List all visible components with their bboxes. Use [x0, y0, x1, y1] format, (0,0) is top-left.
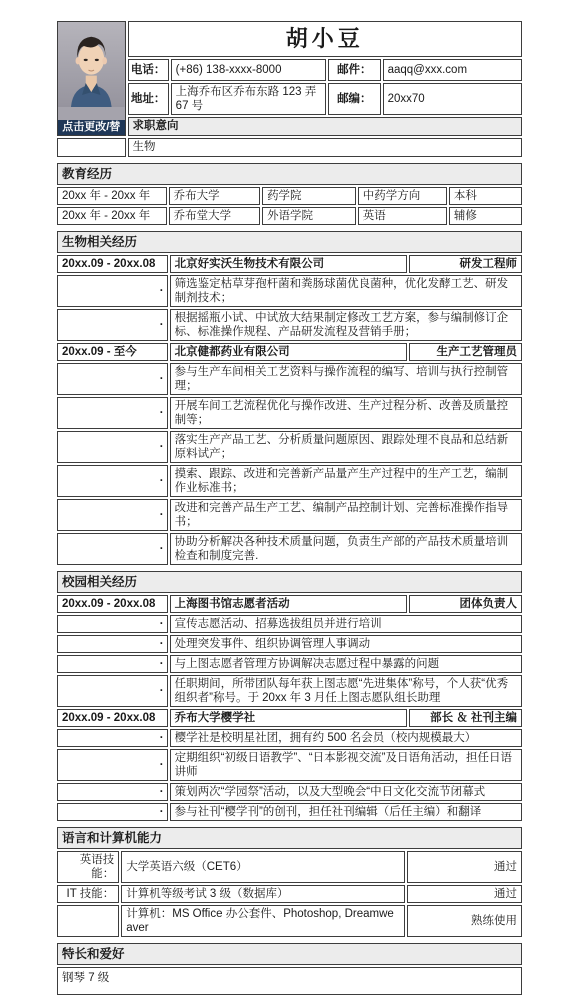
skill-label: IT 技能：: [57, 885, 119, 903]
exp-bullet: 参与生产车间相关工艺资料与操作流程的编写、培训与执行控制管理；: [170, 363, 522, 395]
bullet-marker: ·: [57, 465, 168, 497]
address-label: 地址：: [128, 83, 169, 115]
table-row: · 参与社刊“樱学刊”的创刊，担任社刊编辑（后任主编）和翻译: [57, 803, 522, 821]
bullet-marker: ·: [57, 363, 168, 395]
edu-degree: 辅修: [449, 207, 522, 225]
edu-degree: 本科: [449, 187, 522, 205]
exp-role: 生产工艺管理员: [409, 343, 522, 361]
edu-major: 英语: [358, 207, 447, 225]
email-value: aaqq@xxx.com: [383, 59, 522, 81]
table-row: 20xx 年 - 20xx 年 乔布堂大学 外语学院 英语 辅修: [57, 207, 522, 225]
bio-experience-header: 生物相关经历: [57, 231, 522, 253]
resume-page: 点击更改/替换 胡小豆 电话： (+86) 138-xxxx-8000 邮件： …: [55, 19, 524, 999]
exp-role: 团体负责人: [409, 595, 522, 613]
exp-period: 20xx.09 - 20xx.08: [57, 709, 168, 727]
table-row: 地址： 上海乔布区乔布东路 123 弄 67 号 邮编： 20xx70: [57, 83, 522, 115]
identity-table: 点击更改/替换 胡小豆 电话： (+86) 138-xxxx-8000 邮件： …: [55, 19, 524, 159]
table-row: 特长和爱好: [57, 943, 522, 965]
table-row: · 筛选鉴定枯草芽孢杆菌和粪肠球菌优良菌种，优化发酵工艺、研发制剂技术；: [57, 275, 522, 307]
table-row: 英语技能： 大学英语六级（CET6） 通过: [57, 851, 522, 883]
postal-label: 邮编：: [328, 83, 381, 115]
table-row: 点击更改/替换 胡小豆: [57, 21, 522, 57]
education-header: 教育经历: [57, 163, 522, 185]
hobbies-header: 特长和爱好: [57, 943, 522, 965]
exp-period: 20xx.09 - 20xx.08: [57, 255, 168, 273]
bullet-marker: ·: [57, 635, 168, 653]
exp-bullet: 改进和完善产品生产工艺、编制产品控制计划、完善标准操作指导书；: [170, 499, 522, 531]
table-row: · 摸索、跟踪、改进和完善新产品量产生产过程中的生产工艺，编制作业标准书；: [57, 465, 522, 497]
exp-role: 研发工程师: [409, 255, 522, 273]
exp-bullet: 定期组织“初级日语教学”、“日本影视交流”及日语角活动，担任日语讲师: [170, 749, 522, 781]
exp-bullet: 协助分析解决各种技术质量问题，负责生产部的产品技术质量培训检查和制度完善.: [170, 533, 522, 565]
exp-bullet: 与上图志愿者管理方协调解决志愿过程中暴露的问题: [170, 655, 522, 673]
photo-cell: 点击更改/替换: [57, 21, 126, 136]
table-row: 计算机：MS Office 办公套件、Photoshop, Dreamweave…: [57, 905, 522, 937]
hobbies-section: 特长和爱好 钢琴 7 级: [55, 941, 524, 997]
phone-value: (+86) 138-xxxx-8000: [171, 59, 326, 81]
bullet-marker: ·: [57, 431, 168, 463]
exp-period: 20xx.09 - 至今: [57, 343, 168, 361]
exp-bullet: 落实生产产品工艺、分析质量问题原因、跟踪处理不良品和总结新原料试产；: [170, 431, 522, 463]
table-row: 求职意向: [57, 117, 522, 136]
table-row: 20xx.09 - 20xx.08 北京好实沃生物技术有限公司 研发工程师: [57, 255, 522, 273]
bullet-marker: ·: [57, 275, 168, 307]
phone-label: 电话：: [128, 59, 169, 81]
table-row: 语言和计算机能力: [57, 827, 522, 849]
exp-org: 乔布大学樱学社: [170, 709, 407, 727]
exp-bullet: 参与社刊“樱学刊”的创刊，担任社刊编辑（后任主编）和翻译: [170, 803, 522, 821]
edu-college: 药学院: [262, 187, 356, 205]
job-intention-value: 生物: [128, 138, 522, 157]
skill-label: [57, 905, 119, 937]
table-row: 钢琴 7 级: [57, 967, 522, 995]
table-row: · 参与生产车间相关工艺资料与操作流程的编写、培训与执行控制管理；: [57, 363, 522, 395]
exp-bullet: 宣传志愿活动、招募选拔组员并进行培训: [170, 615, 522, 633]
table-row: · 落实生产产品工艺、分析质量问题原因、跟踪处理不良品和总结新原料试产；: [57, 431, 522, 463]
email-label: 邮件：: [328, 59, 381, 81]
edu-school: 乔布堂大学: [169, 207, 260, 225]
table-row: 教育经历: [57, 163, 522, 185]
skill-label: 英语技能：: [57, 851, 119, 883]
table-row: · 开展车间工艺流程优化与操作改进、生产过程分析、改善及质量控制等；: [57, 397, 522, 429]
table-row: · 策划两次“学园祭”活动，以及大型晚会“中日文化交流节闭幕式: [57, 783, 522, 801]
edu-period: 20xx 年 - 20xx 年: [57, 207, 167, 225]
table-row: · 宣传志愿活动、招募选拔组员并进行培训: [57, 615, 522, 633]
skills-header: 语言和计算机能力: [57, 827, 522, 849]
skill-desc: 计算机：MS Office 办公套件、Photoshop, Dreamweave…: [121, 905, 405, 937]
edu-major: 中药学方向: [358, 187, 447, 205]
table-row: · 樱学社是校明星社团，拥有约 500 名会员（校内规模最大）: [57, 729, 522, 747]
profile-photo: [58, 22, 125, 107]
table-row: 校园相关经历: [57, 571, 522, 593]
table-row: · 根据摇瓶小试、中试放大结果制定修改工艺方案，参与编制修订企标、标准操作规程、…: [57, 309, 522, 341]
table-row: IT 技能： 计算机等级考试 3 级（数据库） 通过: [57, 885, 522, 903]
table-row: · 任职期间，所带团队每年获上图志愿“先进集体”称号，个人获“优秀组织者”称号。…: [57, 675, 522, 707]
education-section: 教育经历 20xx 年 - 20xx 年 乔布大学 药学院 中药学方向 本科 2…: [55, 161, 524, 227]
exp-bullet: 根据摇瓶小试、中试放大结果制定修改工艺方案，参与编制修订企标、标准操作规程、产品…: [170, 309, 522, 341]
exp-bullet: 摸索、跟踪、改进和完善新产品量产生产过程中的生产工艺，编制作业标准书；: [170, 465, 522, 497]
table-row: 20xx.09 - 20xx.08 乔布大学樱学社 部长 ＆ 社刊主编: [57, 709, 522, 727]
photo-change-button[interactable]: 点击更改/替换: [58, 120, 125, 135]
bullet-marker: ·: [57, 533, 168, 565]
exp-bullet: 任职期间，所带团队每年获上图志愿“先进集体”称号，个人获“优秀组织者”称号。于 …: [170, 675, 522, 707]
exp-bullet: 处理突发事件、组织协调管理人事调动: [170, 635, 522, 653]
table-row: · 定期组织“初级日语教学”、“日本影视交流”及日语角活动，担任日语讲师: [57, 749, 522, 781]
skill-level: 通过: [407, 885, 522, 903]
skill-desc: 大学英语六级（CET6）: [121, 851, 405, 883]
exp-org: 上海图书馆志愿者活动: [170, 595, 407, 613]
exp-bullet: 策划两次“学园祭”活动，以及大型晚会“中日文化交流节闭幕式: [170, 783, 522, 801]
campus-experience-header: 校园相关经历: [57, 571, 522, 593]
job-intention-header: 求职意向: [128, 117, 522, 136]
exp-bullet: 开展车间工艺流程优化与操作改进、生产过程分析、改善及质量控制等；: [170, 397, 522, 429]
hobbies-value: 钢琴 7 级: [57, 967, 522, 995]
exp-period: 20xx.09 - 20xx.08: [57, 595, 168, 613]
table-row: 生物相关经历: [57, 231, 522, 253]
table-row: 生物: [57, 138, 522, 157]
edu-school: 乔布大学: [169, 187, 260, 205]
address-value: 上海乔布区乔布东路 123 弄 67 号: [171, 83, 326, 115]
exp-bullet: 樱学社是校明星社团，拥有约 500 名会员（校内规模最大）: [170, 729, 522, 747]
candidate-name: 胡小豆: [128, 21, 522, 57]
photo-spacer-cell: [57, 138, 126, 157]
campus-experience-section: 校园相关经历 20xx.09 - 20xx.08 上海图书馆志愿者活动 团体负责…: [55, 569, 524, 823]
table-row: 电话： (+86) 138-xxxx-8000 邮件： aaqq@xxx.com: [57, 59, 522, 81]
bullet-marker: ·: [57, 749, 168, 781]
exp-org: 北京好实沃生物技术有限公司: [170, 255, 407, 273]
bullet-marker: ·: [57, 675, 168, 707]
skill-level: 熟练使用: [407, 905, 522, 937]
table-row: · 处理突发事件、组织协调管理人事调动: [57, 635, 522, 653]
edu-college: 外语学院: [262, 207, 356, 225]
bullet-marker: ·: [57, 729, 168, 747]
bullet-marker: ·: [57, 499, 168, 531]
bullet-marker: ·: [57, 615, 168, 633]
table-row: · 改进和完善产品生产工艺、编制产品控制计划、完善标准操作指导书；: [57, 499, 522, 531]
bullet-marker: ·: [57, 803, 168, 821]
table-row: 20xx.09 - 20xx.08 上海图书馆志愿者活动 团体负责人: [57, 595, 522, 613]
table-row: · 与上图志愿者管理方协调解决志愿过程中暴露的问题: [57, 655, 522, 673]
edu-period: 20xx 年 - 20xx 年: [57, 187, 167, 205]
exp-bullet: 筛选鉴定枯草芽孢杆菌和粪肠球菌优良菌种，优化发酵工艺、研发制剂技术；: [170, 275, 522, 307]
exp-role: 部长 ＆ 社刊主编: [409, 709, 522, 727]
skill-level: 通过: [407, 851, 522, 883]
bullet-marker: ·: [57, 397, 168, 429]
skill-desc: 计算机等级考试 3 级（数据库）: [121, 885, 405, 903]
table-row: · 协助分析解决各种技术质量问题，负责生产部的产品技术质量培训检查和制度完善.: [57, 533, 522, 565]
table-row: 20xx.09 - 至今 北京健都药业有限公司 生产工艺管理员: [57, 343, 522, 361]
bio-experience-section: 生物相关经历 20xx.09 - 20xx.08 北京好实沃生物技术有限公司 研…: [55, 229, 524, 567]
bullet-marker: ·: [57, 783, 168, 801]
skills-section: 语言和计算机能力 英语技能： 大学英语六级（CET6） 通过 IT 技能： 计算…: [55, 825, 524, 939]
bullet-marker: ·: [57, 655, 168, 673]
table-row: 20xx 年 - 20xx 年 乔布大学 药学院 中药学方向 本科: [57, 187, 522, 205]
postal-value: 20xx70: [383, 83, 522, 115]
bullet-marker: ·: [57, 309, 168, 341]
exp-org: 北京健都药业有限公司: [170, 343, 407, 361]
